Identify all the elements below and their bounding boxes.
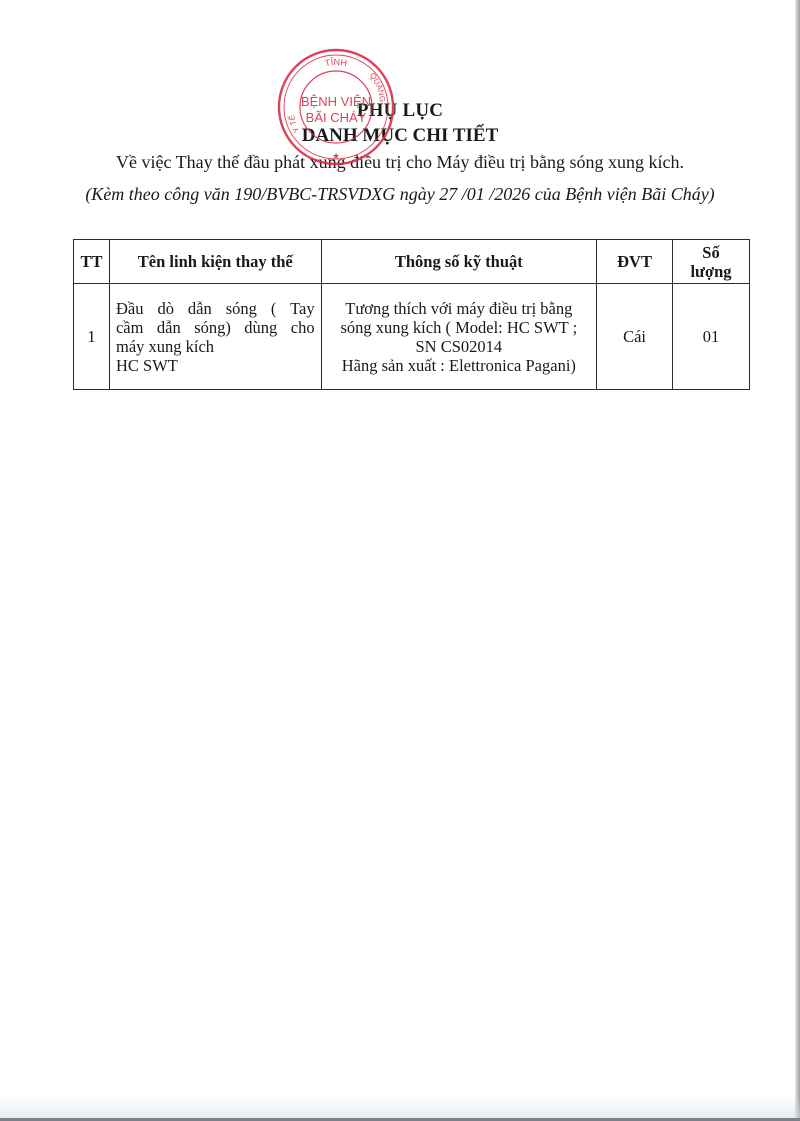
document-title: PHỤ LỤC [0, 100, 800, 122]
table-row: 1 Đầu dò dẫn sóng ( Tay cầm dẫn sóng) dù… [74, 284, 750, 390]
cell-spec-line: SN CS02014 [328, 337, 591, 356]
cell-spec-line: Hãng sản xuất : Elettronica Pagani) [328, 356, 591, 375]
stamp-right-text: QUẢNG [368, 71, 387, 102]
header-qty-line: Số [679, 243, 743, 262]
scan-shadow [0, 1096, 800, 1118]
cell-name-line: Đầu dò dẫn sóng ( Tay [116, 299, 315, 318]
cell-spec-line: Tương thích với máy điều trị bằng [328, 299, 591, 318]
parts-table: TT Tên linh kiện thay thế Thông số kỹ th… [73, 239, 750, 390]
header-name: Tên linh kiện thay thế [109, 240, 321, 284]
document-reference: (Kèm theo công văn 190/BVBC-TRSVDXG ngày… [0, 184, 800, 205]
cell-name-line: cầm dẫn sóng) dùng cho [116, 318, 315, 337]
document-subject: Về việc Thay thế đầu phát xung điều trị … [0, 152, 800, 173]
stamp-top-text: TỈNH [324, 56, 348, 68]
cell-name-line: HC SWT [116, 356, 315, 375]
header-unit: ĐVT [597, 240, 673, 284]
cell-name: Đầu dò dẫn sóng ( Tay cầm dẫn sóng) dùng… [109, 284, 321, 390]
cell-spec-line: sóng xung kích ( Model: HC SWT ; [328, 318, 591, 337]
header-spec: Thông số kỹ thuật [321, 240, 597, 284]
document-subtitle: DANH MỤC CHI TIẾT [0, 125, 800, 147]
cell-unit: Cái [597, 284, 673, 390]
cell-spec: Tương thích với máy điều trị bằng sóng x… [321, 284, 597, 390]
cell-tt: 1 [74, 284, 110, 390]
table-header-row: TT Tên linh kiện thay thế Thông số kỹ th… [74, 240, 750, 284]
header-qty: Số lượng [673, 240, 750, 284]
header-qty-line: lượng [679, 262, 743, 281]
header-tt: TT [74, 240, 110, 284]
cell-qty: 01 [673, 284, 750, 390]
cell-name-line: máy xung kích [116, 337, 315, 356]
